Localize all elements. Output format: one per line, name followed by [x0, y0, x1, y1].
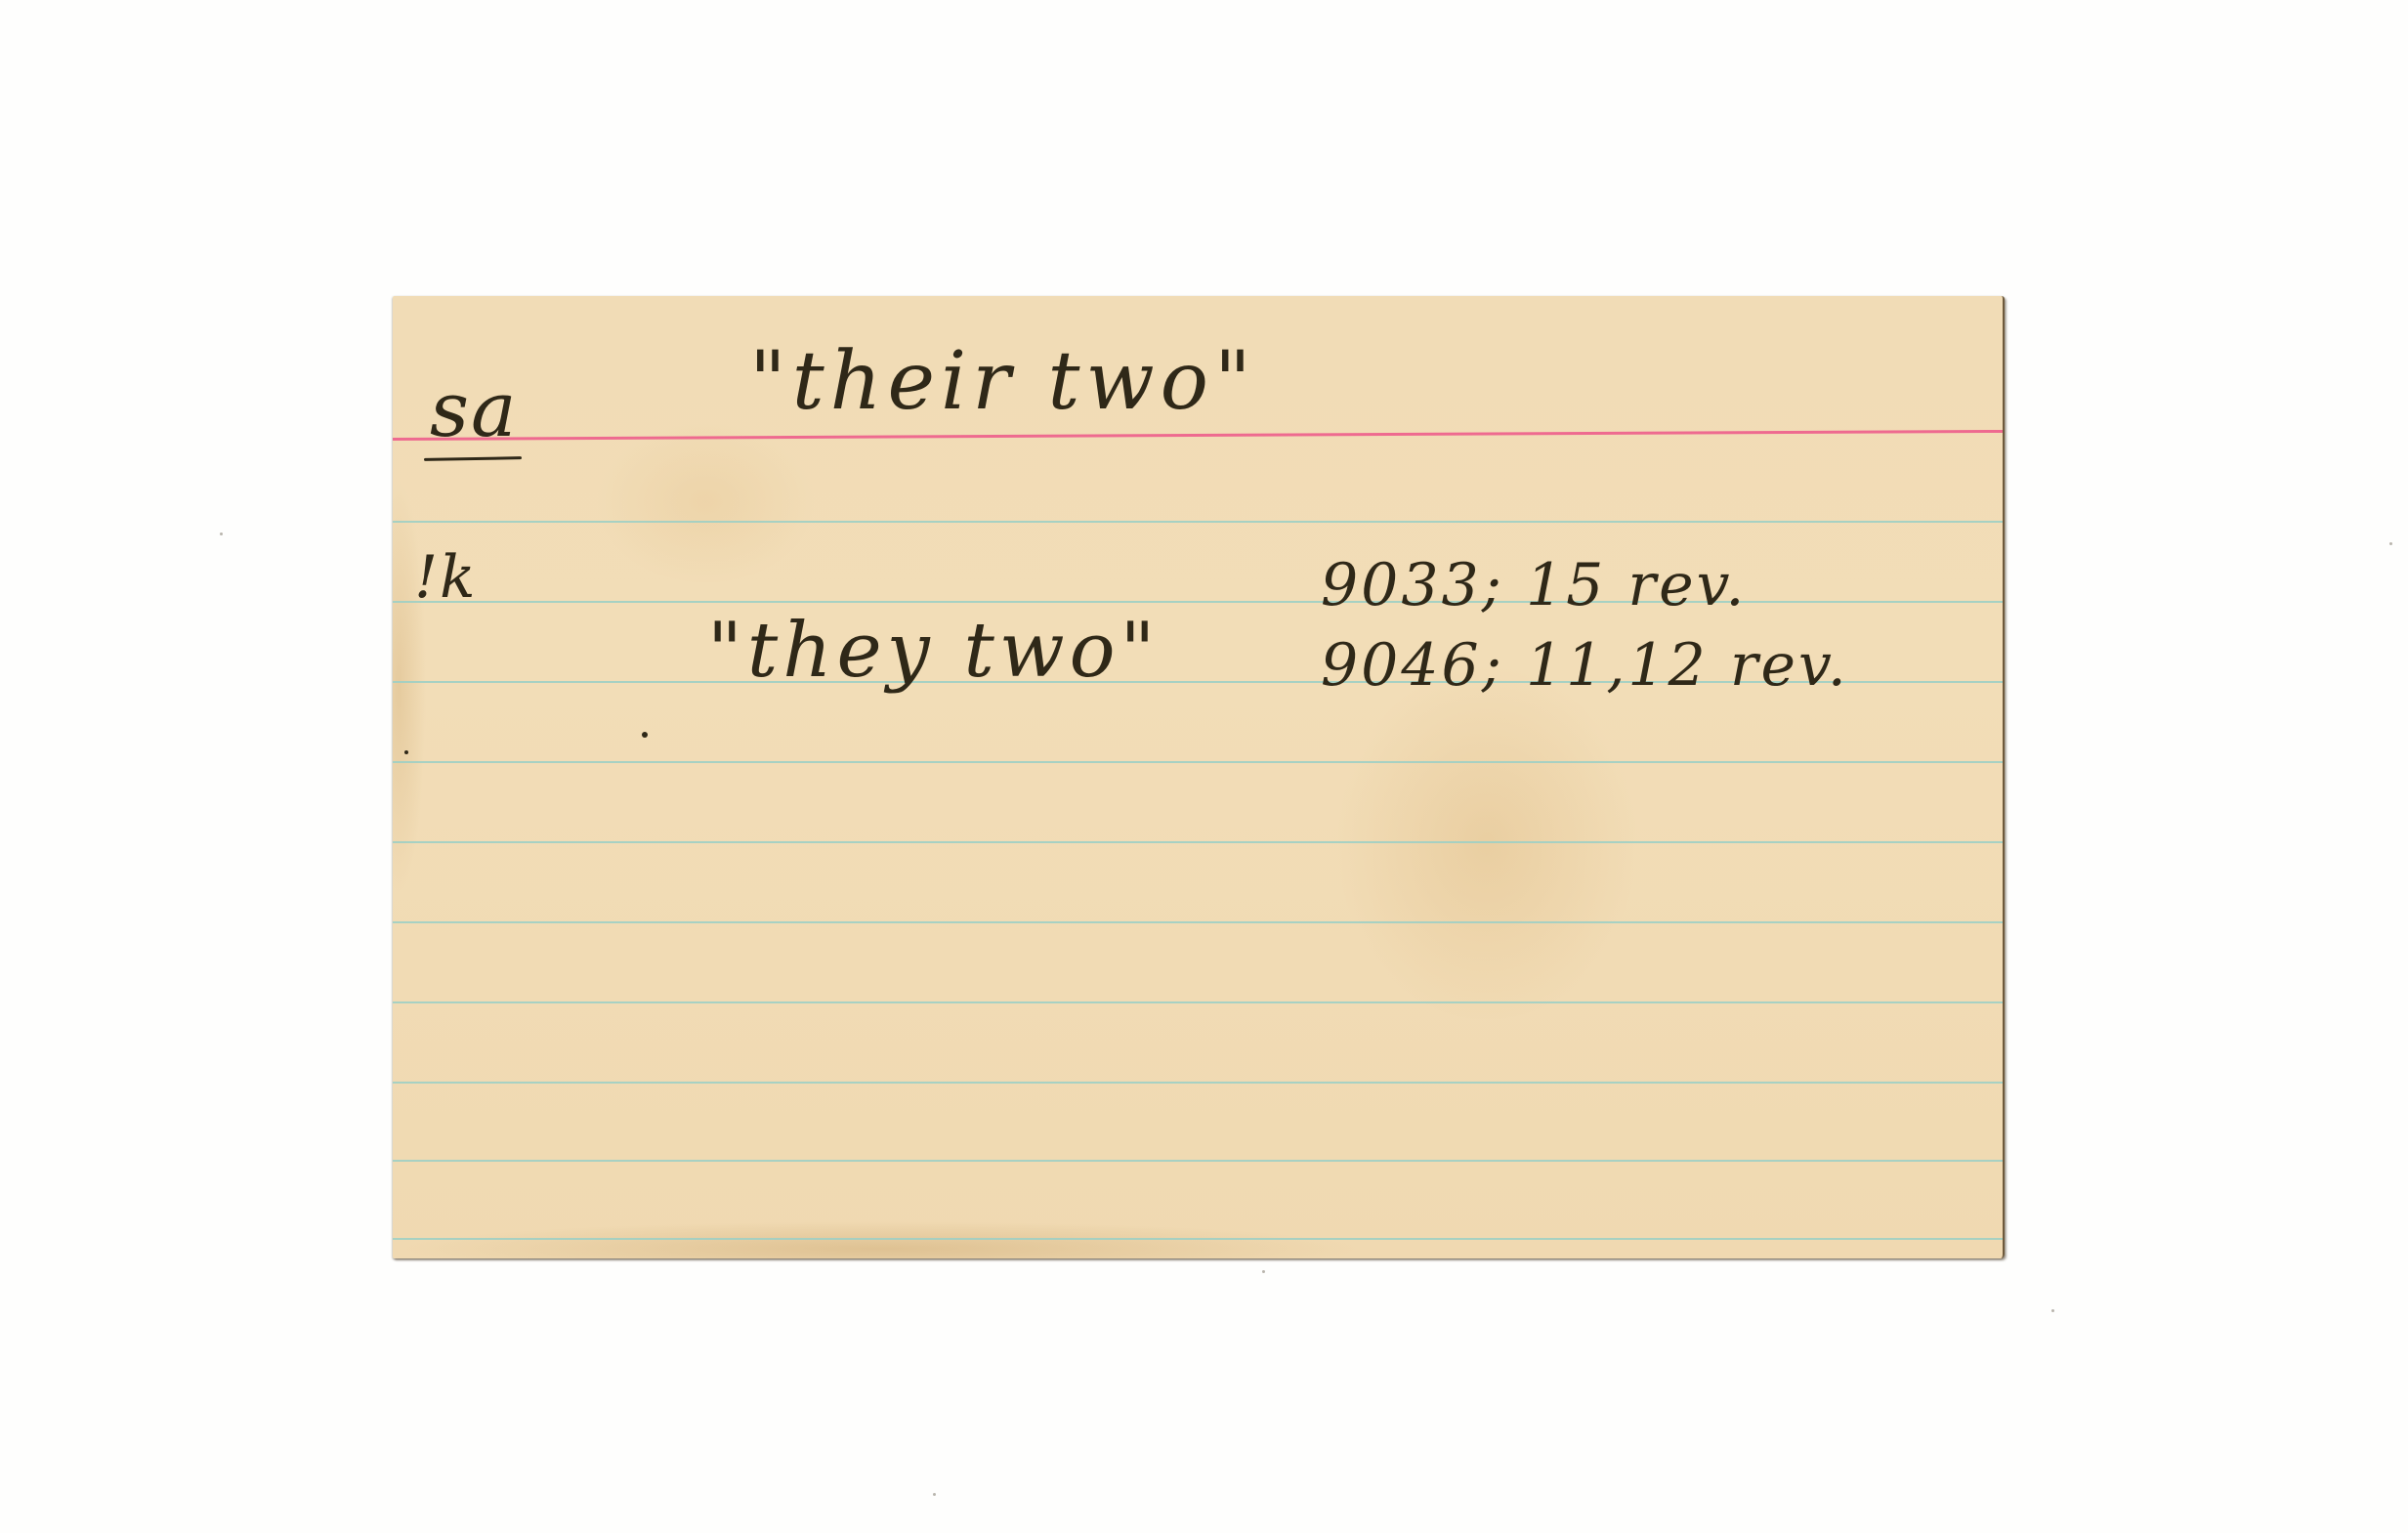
dust-speck: [220, 532, 223, 535]
blue-rule: [393, 1001, 2003, 1003]
dust-speck: [2051, 1309, 2054, 1312]
blue-rule: [393, 1160, 2003, 1162]
scanned-page: sa "their two" !k "they two" 9033; 15 re…: [0, 0, 2408, 1533]
reference-line: 9033; 15 rev.: [1321, 545, 1849, 625]
dust-speck: [933, 1493, 936, 1496]
heading-code: sa: [430, 372, 519, 448]
heading-code-underline: [424, 456, 522, 461]
entry-references: 9033; 15 rev. 9046; 11,12 rev.: [1321, 545, 1849, 705]
blue-rule: [393, 521, 2003, 523]
ink-dot: [642, 732, 648, 738]
blue-rule: [393, 841, 2003, 843]
header-red-rule: [393, 430, 2003, 441]
dust-speck: [2389, 542, 2392, 545]
blue-rule: [393, 761, 2003, 763]
index-card: sa "their two" !k "they two" 9033; 15 re…: [393, 296, 2005, 1258]
blue-rule: [393, 1238, 2003, 1240]
entry-mark: !k: [414, 548, 477, 607]
heading-gloss: "their two": [749, 333, 1257, 431]
reference-line: 9046; 11,12 rev.: [1321, 625, 1849, 705]
blue-rule: [393, 1082, 2003, 1084]
blue-rule: [393, 921, 2003, 923]
entry-gloss: "they two": [707, 607, 1160, 695]
dust-speck: [1262, 1270, 1265, 1273]
ink-dot: [404, 750, 408, 754]
